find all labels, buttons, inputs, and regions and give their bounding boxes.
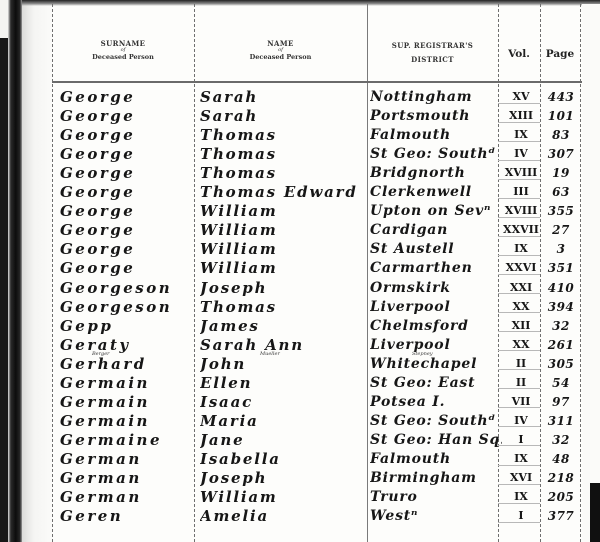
surname-cell: Germain [60, 393, 192, 412]
vol-cell: XIII [502, 107, 540, 126]
page-cell: 305 [544, 355, 578, 374]
page-cell: 32 [544, 431, 578, 450]
page-left-margin [0, 0, 8, 542]
vol-cell: XII [502, 317, 540, 336]
district-cell: Whitechapel [370, 355, 502, 374]
table-row: GeorgesonJosephOrmskirkXXI410 [52, 279, 600, 298]
page-cell: 54 [544, 374, 578, 393]
name-cell: William [200, 240, 366, 259]
surname-cell: Geraty [60, 336, 192, 355]
district-cell: Clerkenwell [370, 183, 502, 202]
table-row: GeorgeWilliamSt AustellIX3 [52, 240, 600, 259]
row-rule [498, 445, 540, 446]
row-rule [498, 160, 540, 161]
page-cell: 351 [544, 259, 578, 278]
page-cell: 410 [544, 279, 578, 298]
district-cell: Nottingham [370, 88, 502, 107]
surname-cell: George [60, 145, 192, 164]
name-cell: Joseph [200, 469, 366, 488]
vol-cell: XVI [502, 469, 540, 488]
vol-cell: XXVI [502, 259, 540, 278]
surname-cell: George [60, 259, 192, 278]
header-page: Page [540, 48, 580, 60]
vol-cell: II [502, 374, 540, 393]
name-cell: William [200, 488, 366, 507]
table-row: GermainEllenSt Geo: EastII54 [52, 374, 600, 393]
surname-cell: George [60, 240, 192, 259]
name-cell: John [200, 355, 366, 374]
header-surname-sub: Deceased Person [52, 54, 194, 61]
right-margin [582, 4, 600, 542]
surname-cell: George [60, 164, 192, 183]
name-annotation: Mueller [260, 351, 280, 357]
district-cell: Truro [370, 488, 502, 507]
name-cell: Jane [200, 431, 366, 450]
name-cell: Sarah Ann [200, 336, 366, 355]
surname-cell: Germain [60, 412, 192, 431]
page-cell: 83 [544, 126, 578, 145]
table-row: GeorgeThomasFalmouthIX83 [52, 126, 600, 145]
district-cell: St Geo: Han Sq. [370, 431, 502, 450]
name-cell: William [200, 259, 366, 278]
page-cell: 355 [544, 202, 578, 221]
row-rule [498, 198, 540, 199]
vol-cell: IX [502, 488, 540, 507]
header-surname: SURNAME of Deceased Person [52, 40, 194, 61]
page-cell: 48 [544, 450, 578, 469]
page-cell: 19 [544, 164, 578, 183]
row-rule [498, 350, 540, 351]
page-cell: 311 [544, 412, 578, 431]
vol-cell: XXI [502, 279, 540, 298]
district-cell: Upton on Sevⁿ [370, 202, 502, 221]
page-cell: 27 [544, 221, 578, 240]
vol-cell: I [502, 431, 540, 450]
row-rule [498, 312, 540, 313]
name-cell: Thomas Edward [200, 183, 366, 202]
page-cell: 101 [544, 107, 578, 126]
name-cell: Sarah [200, 107, 366, 126]
table-row: GerenAmeliaWestⁿI377 [52, 507, 600, 526]
page-cell: 394 [544, 298, 578, 317]
surname-cell: Germaine [60, 431, 192, 450]
header-rule [52, 81, 600, 83]
vol-cell: XX [502, 336, 540, 355]
row-rule [498, 122, 540, 123]
book-binding-shadow [8, 0, 22, 542]
name-cell: Amelia [200, 507, 366, 526]
table-row: GermanJosephBirminghamXVI218 [52, 469, 600, 488]
district-cell: Potsea I. [370, 393, 502, 412]
district-cell: Chelmsford [370, 317, 502, 336]
name-cell: Isabella [200, 450, 366, 469]
name-cell: Thomas [200, 164, 366, 183]
district-cell: Bridgnorth [370, 164, 502, 183]
table-row: GerhardBergerJohnMuellerWhitechapelStepn… [52, 355, 600, 374]
vol-cell: XVIII [502, 202, 540, 221]
surname-cell: German [60, 450, 192, 469]
table-row: GeorgeThomasBridgnorthXVIII19 [52, 164, 600, 183]
district-cell: Birmingham [370, 469, 502, 488]
row-rule [498, 503, 540, 504]
page-cell: 377 [544, 507, 578, 526]
scan-edge-mark [590, 483, 600, 542]
surname-cell: George [60, 221, 192, 240]
vol-cell: I [502, 507, 540, 526]
page-cell: 261 [544, 336, 578, 355]
row-rule [498, 236, 540, 237]
district-cell: Falmouth [370, 126, 502, 145]
name-cell: Sarah [200, 88, 366, 107]
name-cell: Ellen [200, 374, 366, 393]
table-row: GermainIsaacPotsea I.VII97 [52, 393, 600, 412]
page-cell: 32 [544, 317, 578, 336]
district-cell: St Geo: Southᵈ [370, 145, 502, 164]
surname-cell: George [60, 126, 192, 145]
row-rule [498, 465, 540, 466]
page-cell: 97 [544, 393, 578, 412]
header-district-sub: DISTRICT [367, 56, 498, 64]
district-cell: St Austell [370, 240, 502, 259]
district-cell: Westⁿ [370, 507, 502, 526]
district-cell: St Geo: East [370, 374, 502, 393]
vol-cell: VII [502, 393, 540, 412]
district-cell: Ormskirk [370, 279, 502, 298]
page-cell: 307 [544, 145, 578, 164]
district-cell: Liverpool [370, 298, 502, 317]
row-rule [498, 141, 540, 142]
surname-cell: George [60, 107, 192, 126]
header-name: NAME of Deceased Person [194, 40, 367, 61]
table-row: GermanIsabellaFalmouthIX48 [52, 450, 600, 469]
district-cell: Portsmouth [370, 107, 502, 126]
table-row: GeorgeSarahPortsmouthXIII101 [52, 107, 600, 126]
name-cell: William [200, 202, 366, 221]
table-row: GeorgeWilliamCarmarthenXXVI351 [52, 259, 600, 278]
page-cell: 63 [544, 183, 578, 202]
row-rule [498, 426, 540, 427]
row-rule [498, 522, 540, 523]
district-cell: Liverpool [370, 336, 502, 355]
surname-cell: Gepp [60, 317, 192, 336]
surname-cell: Georgeson [60, 298, 192, 317]
row-rule [498, 274, 540, 275]
table-row: GeppJamesChelmsfordXII32 [52, 317, 600, 336]
row-rule [498, 388, 540, 389]
name-cell: William [200, 221, 366, 240]
page-cell: 3 [544, 240, 578, 259]
table-row: GermanWilliamTruroIX205 [52, 488, 600, 507]
table-row: GeorgeThomasSt Geo: SouthᵈIV307 [52, 145, 600, 164]
row-rule [498, 369, 540, 370]
vol-cell: IX [502, 126, 540, 145]
name-cell: Thomas [200, 145, 366, 164]
row-rule [498, 293, 540, 294]
page-cell: 205 [544, 488, 578, 507]
name-cell: Thomas [200, 126, 366, 145]
row-rule [498, 103, 540, 104]
district-cell: Carmarthen [370, 259, 502, 278]
page-cell: 218 [544, 469, 578, 488]
row-rule [498, 407, 540, 408]
surname-cell: Geren [60, 507, 192, 526]
row-rule [498, 217, 540, 218]
table-row: GermainMariaSt Geo: SouthᵈIV311 [52, 412, 600, 431]
surname-cell: German [60, 469, 192, 488]
surname-annotation: Berger [92, 351, 110, 357]
surname-cell: George [60, 202, 192, 221]
vol-cell: IV [502, 145, 540, 164]
name-cell: Joseph [200, 279, 366, 298]
district-cell: Cardigan [370, 221, 502, 240]
row-rule [498, 255, 540, 256]
row-rule [498, 179, 540, 180]
vol-cell: IV [502, 412, 540, 431]
district-annotation: Stepney [412, 351, 433, 357]
vol-cell: XVIII [502, 164, 540, 183]
surname-cell: George [60, 88, 192, 107]
page-gutter [22, 0, 52, 542]
row-rule [498, 331, 540, 332]
table-row: GermaineJaneSt Geo: Han Sq.I32 [52, 431, 600, 450]
surname-cell: George [60, 183, 192, 202]
vol-cell: XXVII [502, 221, 540, 240]
name-cell: Thomas [200, 298, 366, 317]
table-row: GeorgesonThomasLiverpoolXX394 [52, 298, 600, 317]
vol-cell: IX [502, 450, 540, 469]
name-cell: Isaac [200, 393, 366, 412]
header-district-main: SUP. REGISTRAR'S [367, 42, 498, 50]
district-cell: St Geo: Southᵈ [370, 412, 502, 431]
district-cell: Falmouth [370, 450, 502, 469]
binding-tab [0, 38, 8, 542]
vol-cell: XV [502, 88, 540, 107]
surname-cell: German [60, 488, 192, 507]
vol-cell: II [502, 355, 540, 374]
table-row: GeorgeWilliamUpton on SevⁿXVIII355 [52, 202, 600, 221]
table-row: GeorgeThomas EdwardClerkenwellIII63 [52, 183, 600, 202]
surname-cell: Gerhard [60, 355, 192, 374]
header-name-sub: Deceased Person [194, 54, 367, 61]
table-row: GeorgeSarahNottinghamXV443 [52, 88, 600, 107]
row-rule [498, 484, 540, 485]
table-row: GeratySarah AnnLiverpoolXX261 [52, 336, 600, 355]
vol-cell: III [502, 183, 540, 202]
table-row: GeorgeWilliamCardiganXXVII27 [52, 221, 600, 240]
name-cell: Maria [200, 412, 366, 431]
header-district: SUP. REGISTRAR'S DISTRICT [367, 42, 498, 64]
surname-cell: Germain [60, 374, 192, 393]
vol-cell: XX [502, 298, 540, 317]
name-cell: James [200, 317, 366, 336]
surname-cell: Georgeson [60, 279, 192, 298]
header-vol: Vol. [498, 48, 540, 60]
ledger-table: SURNAME of Deceased Person NAME of Decea… [52, 4, 600, 542]
vol-cell: IX [502, 240, 540, 259]
page-cell: 443 [544, 88, 578, 107]
